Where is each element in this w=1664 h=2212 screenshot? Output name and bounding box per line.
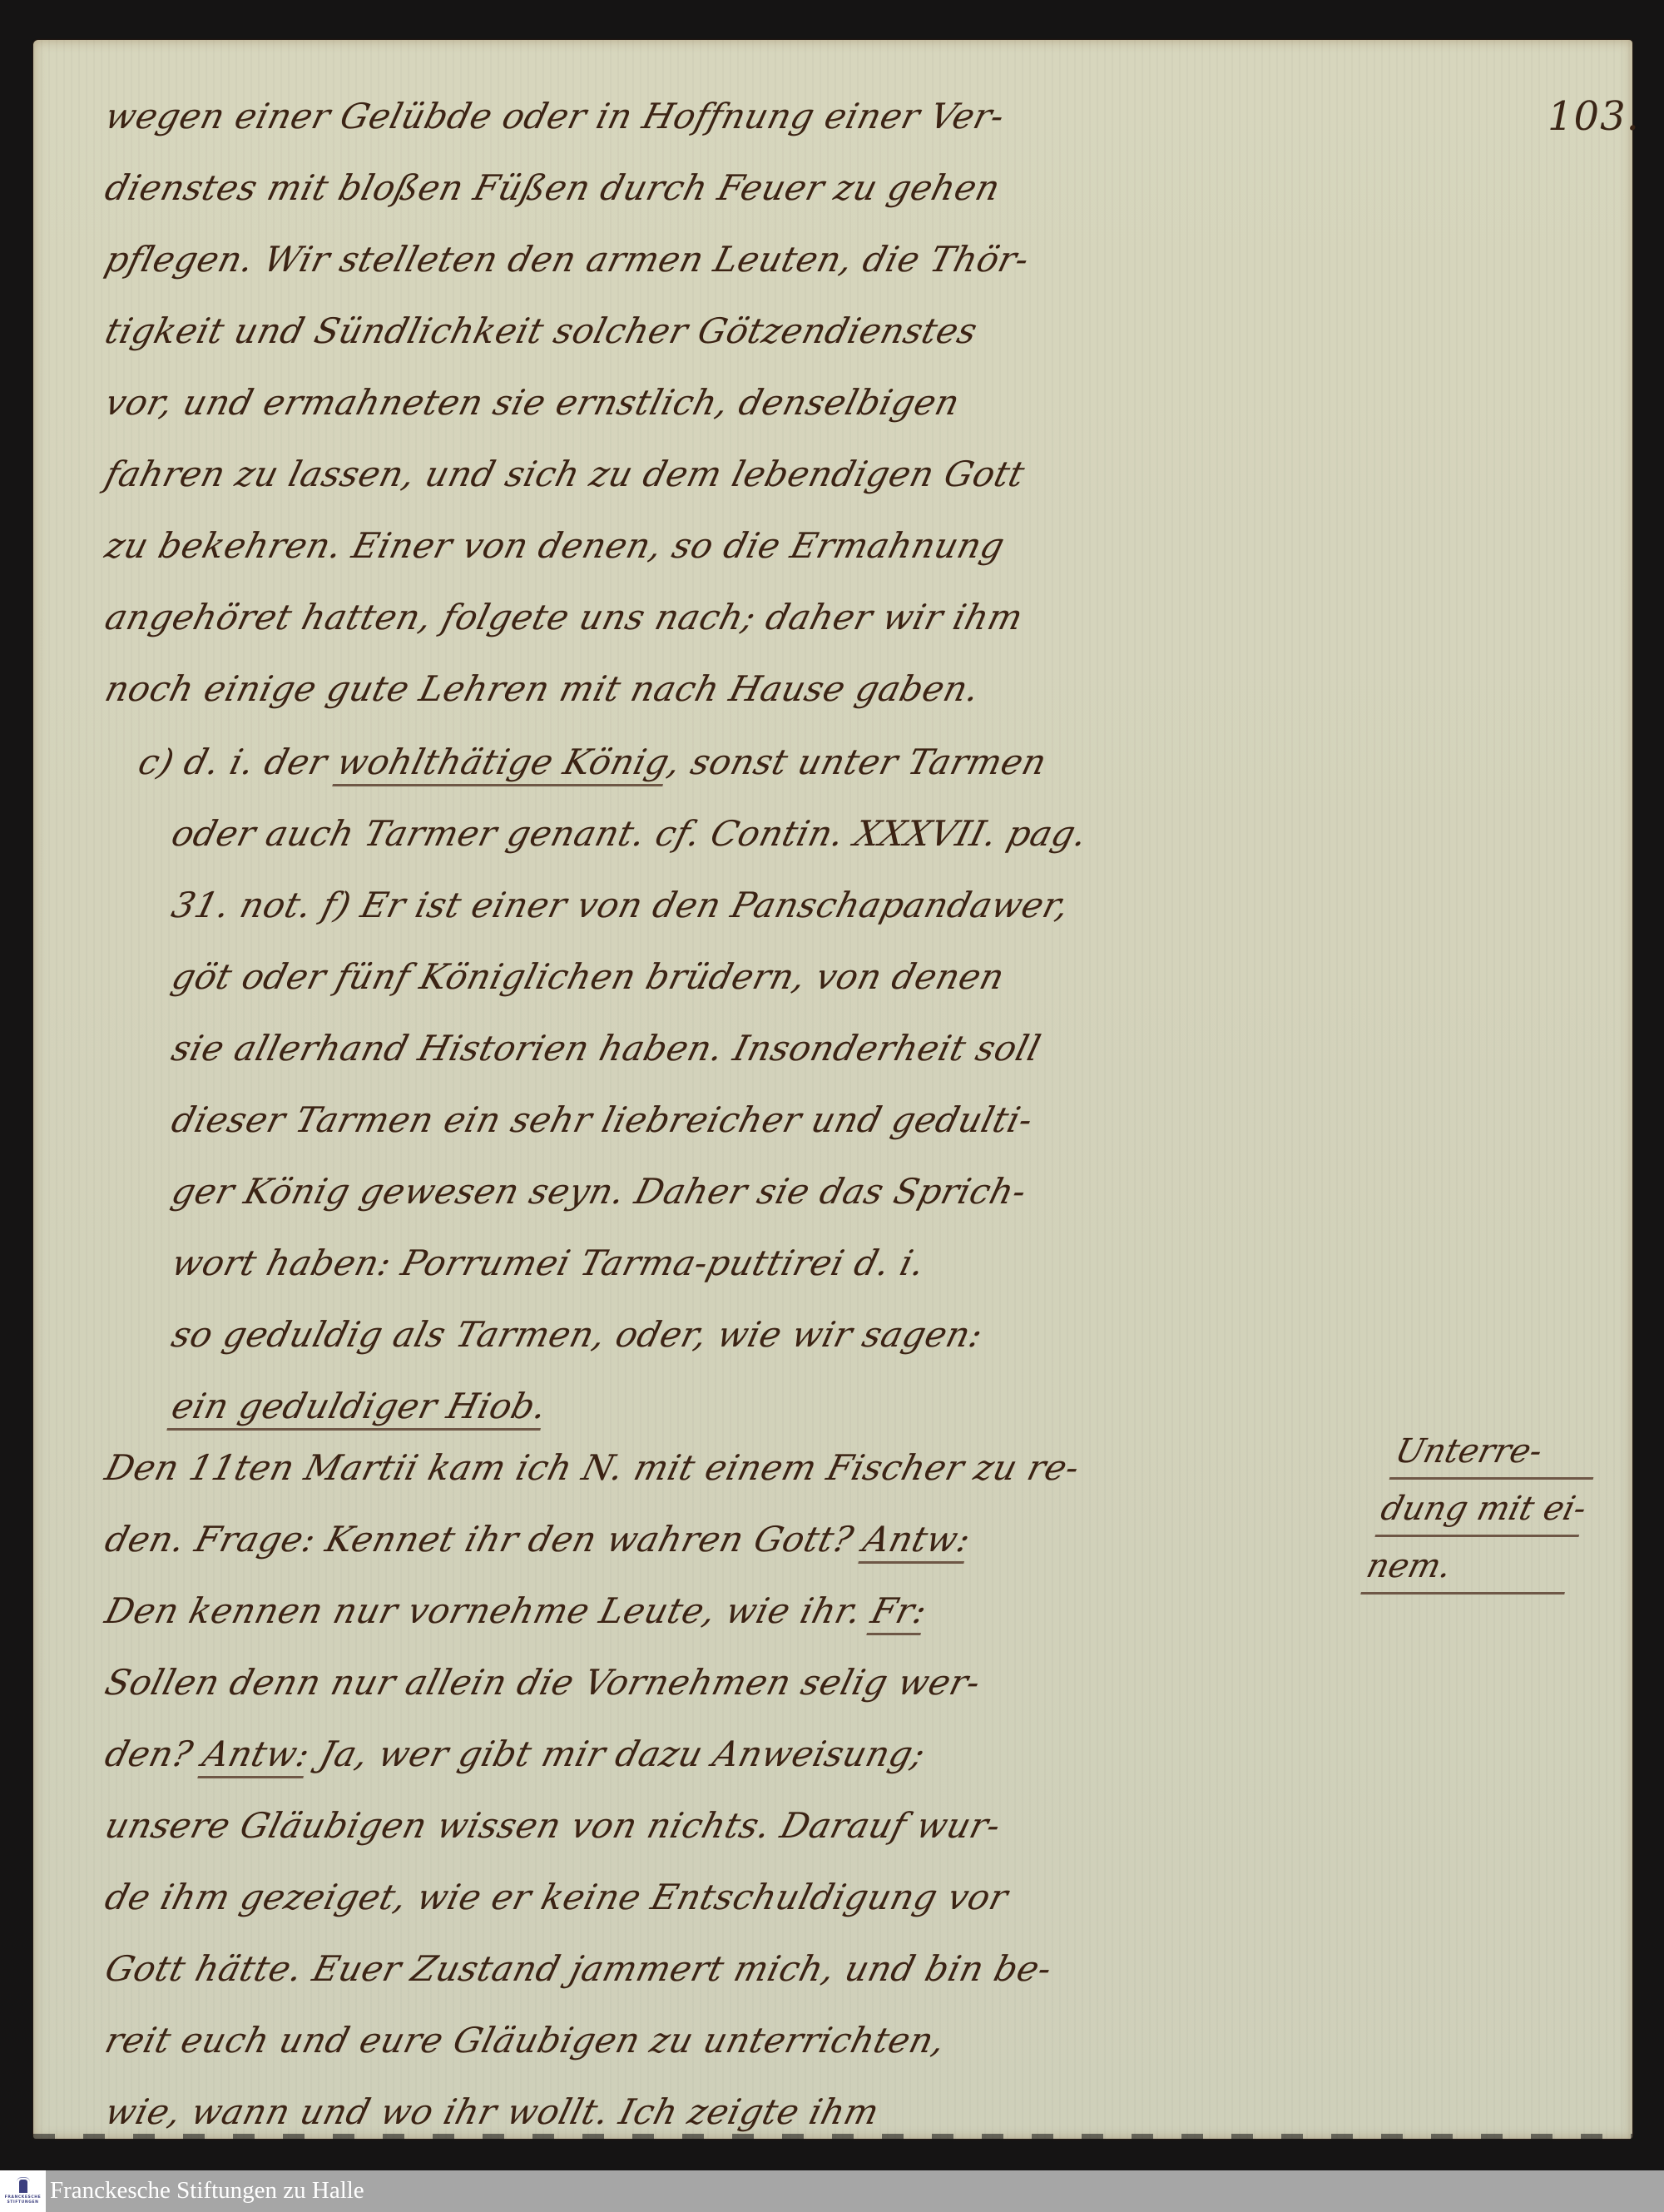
manuscript-line: pflegen. Wir stelleten den armen Leuten,…: [100, 235, 1034, 285]
manuscript-line: fahren zu lassen, und sich zu dem lebend…: [100, 449, 1030, 499]
manuscript-line: zu bekehren. Einer von denen, so die Erm…: [100, 521, 1010, 571]
manuscript-line: Sollen denn nur allein die Vornehmen sel…: [100, 1658, 986, 1708]
manuscript-line: Gott hätte. Euer Zustand jammert mich, u…: [100, 1944, 1057, 1994]
manuscript-line: Den kennen nur vornehme Leute, wie ihr. …: [100, 1586, 933, 1636]
manuscript-line: ger König gewesen seyn. Daher sie das Sp…: [166, 1167, 1032, 1217]
manuscript-line: c) d. i. der wohlthätige König, sonst un…: [133, 737, 1052, 787]
manuscript-line: wie, wann und wo ihr wollt. Ich zeigte i…: [100, 2087, 884, 2137]
institution-name: Franckesche Stiftungen zu Halle: [50, 2177, 364, 2205]
manuscript-line: de ihm gezeiget, wie er keine Entschuldi…: [100, 1872, 1013, 1922]
institution-logo: FRANCKESCHE STIFTUNGEN: [0, 2170, 46, 2212]
logo-text-line2: STIFTUNGEN: [7, 2200, 38, 2205]
manuscript-line: 31. not. f) Er ist einer von den Panscha…: [166, 880, 1074, 930]
margin-note-line: dung mit ei-: [1374, 1483, 1592, 1537]
footer-bar: FRANCKESCHE STIFTUNGEN Franckesche Stift…: [0, 2170, 1664, 2212]
manuscript-line: ein geduldiger Hiob.: [166, 1381, 552, 1431]
folio-number: 103.: [1548, 93, 1640, 140]
manuscript-line: vor, und ermahneten sie ernstlich, dense…: [100, 378, 965, 428]
margin-note-line: nem.: [1360, 1540, 1577, 1595]
manuscript-line: tigkeit und Sündlichkeit solcher Götzend…: [100, 306, 983, 356]
manuscript-line: unsere Gläubigen wissen von nichts. Dara…: [100, 1801, 1006, 1851]
manuscript-line: reit euch und eure Gläubigen zu unterric…: [100, 2016, 951, 2066]
manuscript-line: oder auch Tarmer genant. cf. Contin. XXX…: [166, 809, 1092, 859]
manuscript-line: noch einige gute Lehren mit nach Hause g…: [100, 664, 985, 714]
manuscript-line: angehöret hatten, folgete uns nach; dahe…: [100, 593, 1028, 642]
manuscript-line: göt oder fünf Königlichen brüdern, von d…: [166, 952, 1010, 1002]
manuscript-line: wegen einer Gelübde oder in Hoffnung ein…: [100, 92, 1010, 141]
scan-background: 103. wegen einer Gelübde oder in Hoffnun…: [0, 0, 1664, 2170]
manuscript-line: Den 11ten Martii kam ich N. mit einem Fi…: [100, 1443, 1085, 1493]
manuscript-line: dieser Tarmen ein sehr liebreicher und g…: [166, 1095, 1038, 1145]
manuscript-line: wort haben: Porrumei Tarma-puttirei d. i…: [166, 1238, 930, 1288]
manuscript-line: sie allerhand Historien haben. Insonderh…: [166, 1024, 1046, 1074]
manuscript-line: den? Antw: Ja, wer gibt mir dazu Anweisu…: [100, 1729, 931, 1779]
orphanage-figure-icon: [15, 2177, 32, 2195]
manuscript-line: dienstes mit bloßen Füßen durch Feuer zu…: [100, 163, 1005, 213]
margin-note: Unterre- dung mit ei- nem.: [1359, 1426, 1607, 1598]
manuscript-page: 103. wegen einer Gelübde oder in Hoffnun…: [33, 40, 1632, 2139]
margin-note-line: Unterre-: [1389, 1426, 1607, 1480]
manuscript-line: so geduldig als Tarmen, oder, wie wir sa…: [166, 1310, 988, 1360]
manuscript-line: den. Frage: Kennet ihr den wahren Gott? …: [100, 1515, 976, 1565]
